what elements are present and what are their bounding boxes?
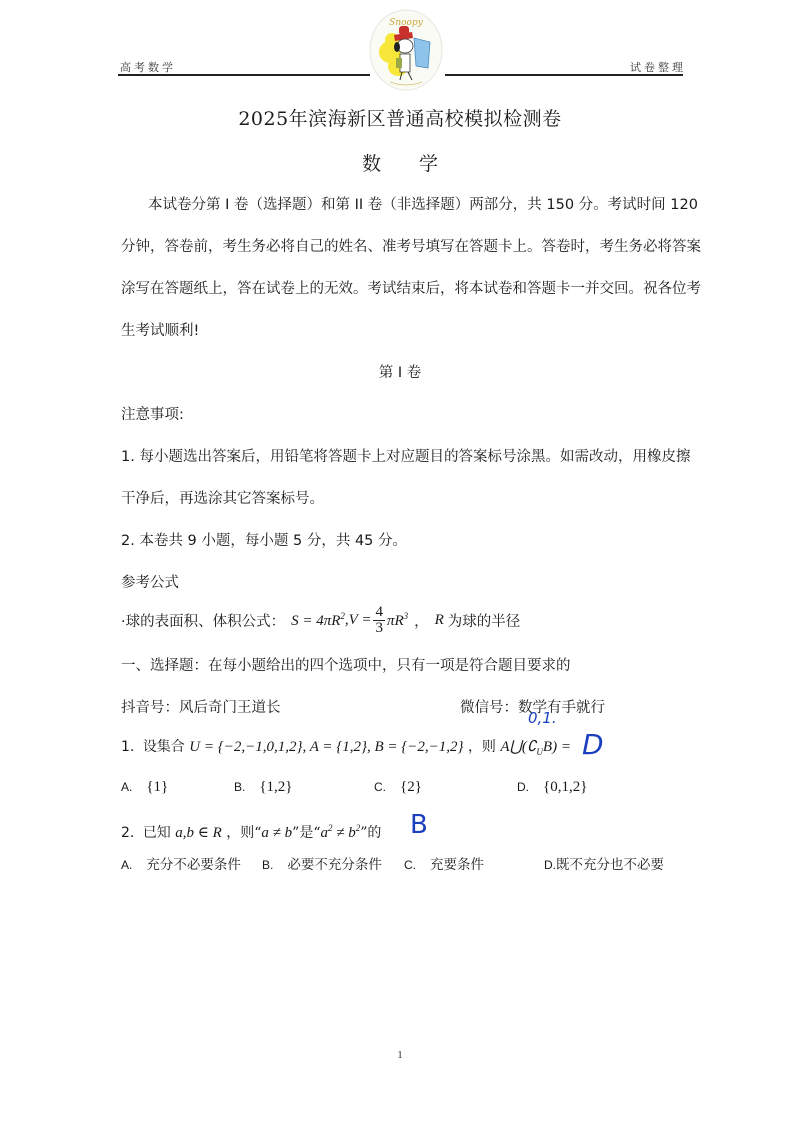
subject-title: 数 学 — [0, 149, 800, 176]
option-text: {1} — [146, 779, 168, 795]
option-label: C. — [374, 780, 386, 794]
page-number: 1 — [0, 1050, 800, 1061]
option-label: C. — [404, 858, 416, 872]
exam-title: 2025年滨海新区普通高校模拟检测卷 — [0, 104, 800, 131]
notice-item-1-cont: 干净后，再选涂其它答案标号。 — [121, 487, 324, 508]
section-heading: 第 I 卷 — [0, 361, 800, 382]
header-right-rule — [445, 74, 683, 76]
question-2-mid: ，则“ — [226, 825, 261, 841]
formula-v-prefix: ,V = — [345, 612, 372, 629]
option-label: A. — [121, 858, 132, 872]
option-text: {0,1,2} — [543, 779, 587, 795]
q1-option-c[interactable]: C.{2} — [374, 779, 422, 796]
expr-part-1: A⋃(∁ — [500, 739, 536, 755]
handwritten-answer-q2: B — [410, 810, 428, 840]
question-1-mid: ，则 — [468, 739, 496, 755]
notice-item-2: 2. 本卷共 9 小题，每小题 5 分，共 45 分。 — [121, 529, 407, 550]
q2-option-d[interactable]: D.既不充分也不必要 — [544, 853, 664, 873]
q1-option-d[interactable]: D.{0,1,2} — [517, 779, 587, 796]
fraction-denominator: 3 — [373, 621, 385, 636]
formula-radius-var: R — [435, 612, 444, 629]
question-1-number: 1. — [121, 739, 134, 755]
option-label: B. — [262, 858, 273, 872]
cond2-a: a — [320, 825, 328, 841]
question-2-math: a,b ∈ R — [175, 825, 222, 841]
fraction-numerator: 4 — [373, 605, 385, 621]
option-text: {1,2} — [259, 779, 292, 795]
header-left-rule — [118, 74, 370, 76]
formula-volume: πR3 — [387, 611, 408, 630]
option-text: 充分不必要条件 — [146, 857, 241, 873]
option-text: 充要条件 — [430, 857, 484, 873]
expr-part-2: B) = — [543, 739, 571, 755]
handwritten-answer-q1: D — [582, 728, 604, 761]
q2-option-a[interactable]: A.充分不必要条件 — [121, 853, 241, 873]
sphere-formula: ·球的表面积、体积公式： S = 4πR2 ,V = 4 3 πR3 ， R 为… — [121, 602, 520, 638]
condition-1: a ≠ b — [261, 825, 292, 841]
question-1-stem: 1. 设集合 U = {−2,−1,0,1,2}, A = {1,2}, B =… — [121, 736, 571, 757]
intro-line-2: 分钟，答卷前，考生务必将自己的姓名、准考号填写在答题卡上。答卷时，考生务必将答案 — [121, 235, 701, 256]
question-1-expr: A⋃(∁UB) = — [500, 739, 571, 755]
handwritten-note-q1: 0,1. — [528, 709, 557, 727]
q2-option-b[interactable]: B.必要不充分条件 — [262, 853, 382, 873]
q1-option-b[interactable]: B.{1,2} — [234, 779, 293, 796]
q1-option-a[interactable]: A.{1} — [121, 779, 168, 796]
formula-prefix: ·球的表面积、体积公式： — [121, 610, 285, 631]
notice-item-1: 1. 每小题选出答案后，用铅笔将答题卡上对应题目的答案标号涂黑。如需改动，用橡皮… — [121, 445, 690, 466]
question-1-sets: U = {−2,−1,0,1,2}, A = {1,2}, B = {−2,−1… — [189, 739, 463, 755]
formula-surface-text: S = 4πR — [291, 613, 340, 629]
option-label: B. — [234, 780, 245, 794]
question-2-prefix: 已知 — [143, 825, 171, 841]
condition-2: a2 ≠ b2 — [320, 825, 360, 841]
comma: ， — [414, 610, 429, 631]
question-2-stem: 2. 已知 a,b ∈ R ，则“a ≠ b”是“a2 ≠ b2”的 — [121, 822, 381, 842]
option-label: D. — [517, 780, 529, 794]
option-text: {2} — [400, 779, 422, 795]
choice-section-heading: 一、选择题：在每小题给出的四个选项中，只有一项是符合题目要求的 — [121, 654, 571, 675]
question-2-mid2: ”是“ — [292, 825, 320, 841]
formula-suffix: 为球的半径 — [448, 610, 521, 631]
header-right-text: 试卷整理 — [630, 59, 686, 75]
option-text: 必要不充分条件 — [287, 857, 382, 873]
option-text: 既不充分也不必要 — [556, 857, 664, 873]
cond2-b: ≠ b — [332, 825, 355, 841]
intro-line-4: 生考试顺利! — [121, 319, 199, 340]
question-1-prefix: 设集合 — [143, 739, 185, 755]
question-2-end: ”的 — [360, 825, 381, 841]
option-label: D. — [544, 858, 556, 872]
formula-surface: S = 4πR2 — [291, 611, 345, 630]
notice-title: 注意事项: — [121, 403, 184, 424]
formula-fraction: 4 3 — [373, 605, 385, 636]
q2-option-c[interactable]: C.充要条件 — [404, 853, 484, 873]
intro-line-1: 本试卷分第 I 卷（选择题）和第 II 卷（非选择题）两部分，共 150 分。考… — [148, 193, 698, 214]
snoopy-logo-icon: Snoopy — [368, 8, 444, 92]
formula-title: 参考公式 — [121, 571, 179, 592]
option-label: A. — [121, 780, 132, 794]
header-left-text: 高考数学 — [120, 59, 176, 75]
douyin-watermark: 抖音号：风后奇门王道长 — [121, 696, 281, 717]
formula-volume-text: πR — [387, 613, 404, 629]
intro-line-3: 涂写在答题纸上，答在试卷上的无效。考试结束后，将本试卷和答题卡一并交回。祝各位考 — [121, 277, 701, 298]
question-2-number: 2. — [121, 825, 134, 841]
